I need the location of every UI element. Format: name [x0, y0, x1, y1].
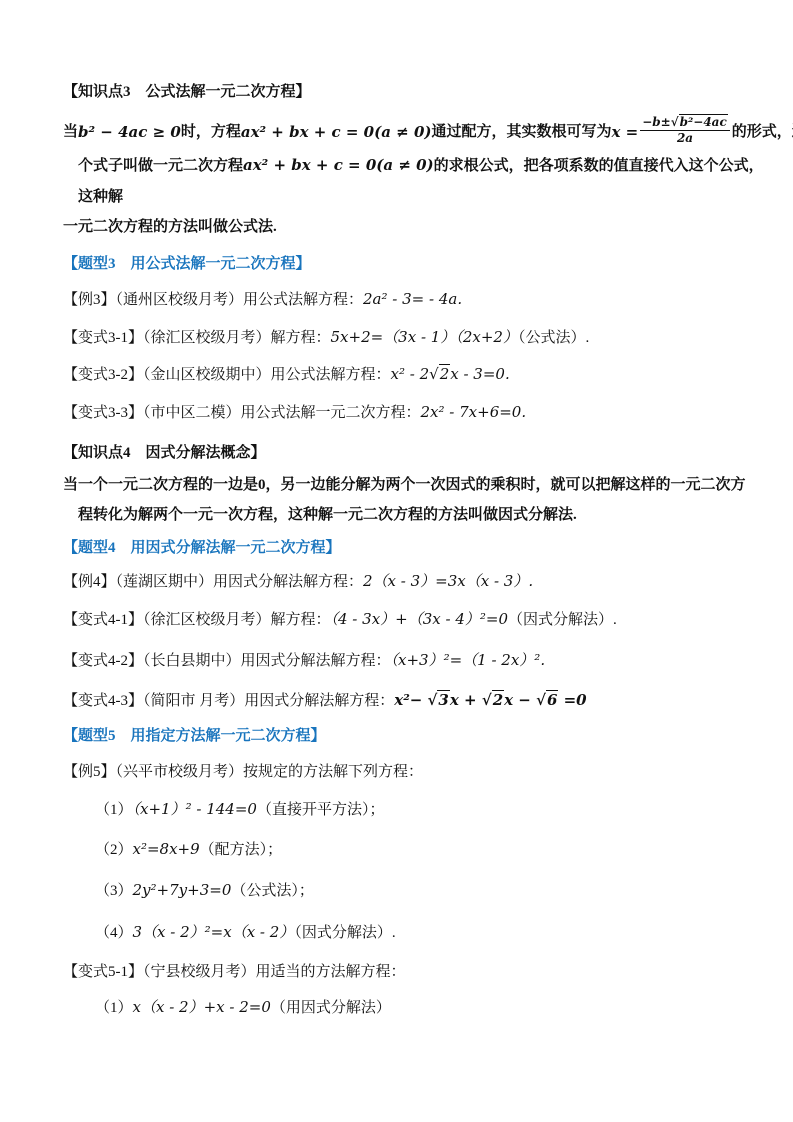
math-expression: x - 3=0. [450, 365, 510, 383]
math-expression: 2a² - 3= - 4a. [363, 290, 462, 308]
kp3-paragraph-line-1: 当b² − 4ac ≥ 0时，方程ax² + bx + c = 0(a ≠ 0)… [63, 108, 793, 156]
body-text: 当 [63, 122, 78, 142]
problem-label: 【变式3-1】（徐汇区校级月考）解方程： [63, 330, 331, 346]
body-text: 个式子叫做一元二次方程 [78, 158, 243, 174]
body-text: 的形式，这 [732, 122, 793, 142]
radicand: 6 [546, 690, 558, 709]
problem-label: 【例5】（兴平市校级月考）按规定的方法解下列方程： [63, 764, 423, 780]
variant-4-1-line: 【变式4-1】（徐汇区校级月考）解方程：（4 - 3x）+（3x - 4）²=0… [63, 609, 617, 630]
math-expression: 2（x - 3）=3x（x - 3）. [363, 572, 533, 590]
example-5-intro: 【例5】（兴平市校级月考）按规定的方法解下列方程： [63, 762, 423, 782]
variant-5-1-item-1: （1）x（x - 2）+x - 2=0（用因式分解法） [95, 997, 391, 1018]
radicand: 3 [437, 690, 449, 709]
math-expression: x = [612, 122, 639, 142]
math-expression: x²− √ [394, 691, 437, 709]
example-5-item-2: （2）x²=8x+9（配方法）； [95, 839, 282, 860]
fraction-numerator: −b±√b²−4ac [640, 115, 730, 131]
problem-label: 【变式4-1】（徐汇区校级月考）解方程： [63, 612, 331, 628]
math-expression: 3（x - 2）²=x（x - 2） [133, 923, 295, 941]
method-note: （直接开平方法）； [257, 802, 385, 818]
problem-label: 【变式4-3】（简阳市 月考）用因式分解法解方程： [63, 693, 394, 709]
kp4-paragraph-line-2: 程转化为解两个一元一次方程，这种解一元二次方程的方法叫做因式分解法. [78, 505, 577, 525]
method-note: （用因式分解法） [271, 1000, 391, 1016]
math-expression: x（x - 2）+x - 2=0 [133, 998, 271, 1016]
variant-3-2-line: 【变式3-2】（金山区校级期中）用公式法解方程：x² - 2√2x - 3=0. [63, 364, 510, 385]
body-text: 的求根公式，把各项系数的值直接代入这个公式， [434, 158, 764, 174]
body-text: 程转化为解两个一元一次方程，这种解一元二次方程的方法叫做因式分解法. [78, 507, 577, 523]
problem-label: 【例3】（通州区校级月考）用公式法解方程： [63, 292, 363, 308]
math-expression: 5x+2=（3x - 1）（2x+2） [331, 328, 518, 346]
item-number: （3） [95, 883, 133, 899]
math-expression: （x+1）² - 144=0 [133, 800, 257, 818]
method-note: （因式分解法）. [508, 612, 617, 628]
method-note: （因式分解法）. [294, 925, 395, 941]
math-expression: x² - 2√ [391, 365, 439, 383]
kp3-paragraph-line-4: 一元二次方程的方法叫做公式法. [63, 217, 277, 237]
method-note: （配方法）； [200, 842, 283, 858]
knowledge-point-3-heading: 【知识点3 公式法解一元二次方程】 [63, 82, 311, 102]
math-expression: （4 - 3x）+（3x - 4）²=0 [331, 610, 509, 628]
variant-4-3-line: 【变式4-3】（简阳市 月考）用因式分解法解方程：x²− √3x + √2x −… [63, 690, 587, 711]
example-3-line: 【例3】（通州区校级月考）用公式法解方程：2a² - 3= - 4a. [63, 289, 462, 310]
variant-3-1-line: 【变式3-1】（徐汇区校级月考）解方程：5x+2=（3x - 1）（2x+2）（… [63, 327, 589, 348]
example-4-line: 【例4】（莲湖区期中）用因式分解法解方程：2（x - 3）=3x（x - 3）. [63, 571, 533, 592]
math-expression: x²=8x+9 [133, 840, 200, 858]
item-number: （1） [95, 1000, 133, 1016]
body-text: 当一个一元二次方程的一边是0，另一边能分解为两个一次因式的乘积时，就可以把解这样… [63, 477, 746, 493]
math-expression: b² − 4ac ≥ 0 [78, 122, 181, 142]
problem-label: 【变式5-1】（宁县校级月考）用适当的方法解方程： [63, 964, 406, 980]
body-text: 时，方程 [181, 122, 241, 142]
problem-label: 【变式3-3】（市中区二模）用公式法解一元二次方程： [63, 405, 421, 421]
item-number: （1） [95, 802, 133, 818]
heading-text: 【知识点3 公式法解一元二次方程】 [63, 84, 311, 100]
math-expression: ax² + bx + c = 0(a ≠ 0) [243, 156, 434, 174]
topic-type-4-heading: 【题型4 用因式分解法解一元二次方程】 [63, 538, 341, 558]
math-expression: 2x² - 7x+6=0. [421, 403, 527, 421]
quadratic-formula-fraction: −b±√b²−4ac2a [640, 115, 730, 146]
kp4-paragraph-line-1: 当一个一元二次方程的一边是0，另一边能分解为两个一次因式的乘积时，就可以把解这样… [63, 475, 746, 495]
heading-text: 【题型3 用公式法解一元二次方程】 [63, 256, 311, 272]
radicand: b²−4ac [679, 114, 728, 129]
math-expression: 2y²+7y+3=0 [133, 881, 232, 899]
topic-type-5-heading: 【题型5 用指定方法解一元二次方程】 [63, 726, 326, 746]
problem-label: 【例4】（莲湖区期中）用因式分解法解方程： [63, 574, 363, 590]
method-note: （公式法）； [231, 883, 314, 899]
heading-text: 【题型4 用因式分解法解一元二次方程】 [63, 540, 341, 556]
worksheet-page: 【知识点3 公式法解一元二次方程】 当b² − 4ac ≥ 0时，方程ax² +… [0, 0, 793, 1122]
radicand: 2 [492, 690, 504, 709]
math-expression: x + √ [450, 691, 492, 709]
math-expression: =0 [558, 691, 586, 709]
example-5-item-3: （3）2y²+7y+3=0（公式法）； [95, 880, 314, 901]
math-expression: ax² + bx + c = 0(a ≠ 0) [241, 122, 432, 142]
variant-3-3-line: 【变式3-3】（市中区二模）用公式法解一元二次方程：2x² - 7x+6=0. [63, 402, 526, 423]
radicand: 2 [439, 364, 451, 383]
body-text: 通过配方，其实数根可写为 [431, 122, 611, 142]
fraction-denominator: 2a [675, 131, 695, 146]
knowledge-point-4-heading: 【知识点4 因式分解法概念】 [63, 443, 266, 463]
example-5-item-1: （1）（x+1）² - 144=0（直接开平方法）； [95, 799, 384, 820]
topic-type-3-heading: 【题型3 用公式法解一元二次方程】 [63, 254, 311, 274]
heading-text: 【知识点4 因式分解法概念】 [63, 445, 266, 461]
problem-label: 【变式3-2】（金山区校级期中）用公式法解方程： [63, 367, 391, 383]
body-text: 一元二次方程的方法叫做公式法. [63, 219, 277, 235]
kp3-paragraph-line-3: 这种解 [78, 187, 123, 207]
math-expression: （x+3）²=（1 - 2x）². [391, 651, 546, 669]
radical-sign: −b±√ [642, 115, 678, 129]
kp3-paragraph-line-2: 个式子叫做一元二次方程ax² + bx + c = 0(a ≠ 0)的求根公式，… [78, 155, 764, 176]
item-number: （4） [95, 925, 133, 941]
math-expression: x − √ [504, 691, 546, 709]
item-number: （2） [95, 842, 133, 858]
example-5-item-4: （4）3（x - 2）²=x（x - 2）（因式分解法）. [95, 922, 396, 943]
body-text: 这种解 [78, 189, 123, 205]
heading-text: 【题型5 用指定方法解一元二次方程】 [63, 728, 326, 744]
method-note: （公式法）. [518, 330, 589, 346]
problem-label: 【变式4-2】（长白县期中）用因式分解法解方程： [63, 653, 391, 669]
variant-5-1-intro: 【变式5-1】（宁县校级月考）用适当的方法解方程： [63, 962, 406, 982]
variant-4-2-line: 【变式4-2】（长白县期中）用因式分解法解方程：（x+3）²=（1 - 2x）²… [63, 650, 545, 671]
